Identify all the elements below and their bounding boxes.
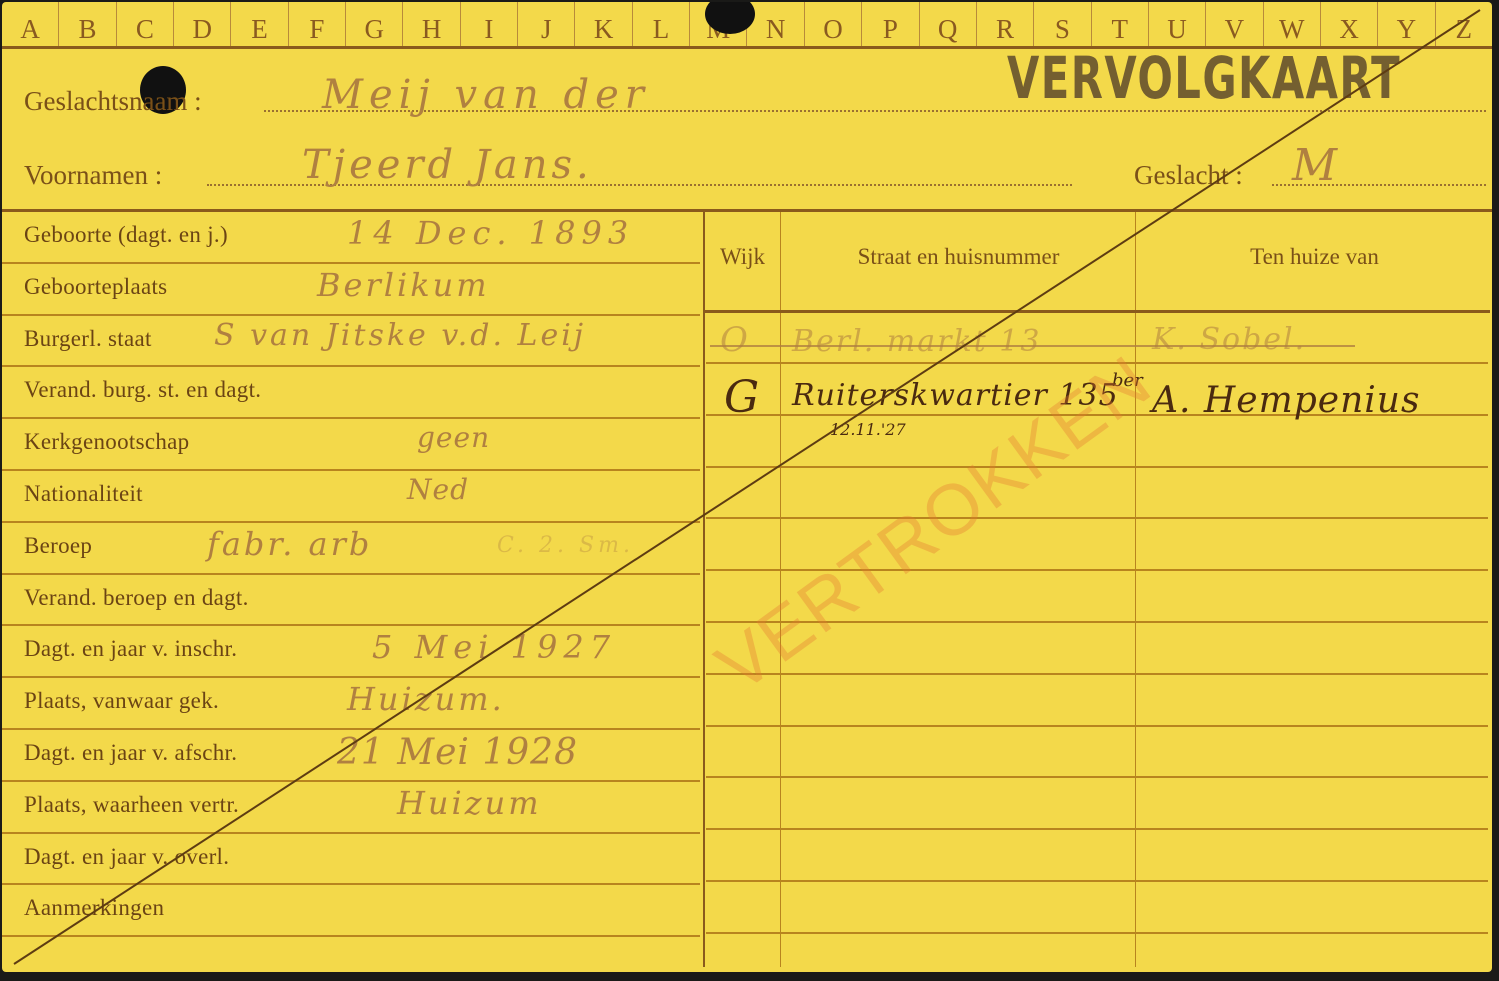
cancellation-diagonal-line bbox=[2, 2, 1492, 972]
registration-card: ABCDEFGHIJKLMNOPQRSTUVWXYZ VERVOLGKAART … bbox=[2, 2, 1492, 972]
